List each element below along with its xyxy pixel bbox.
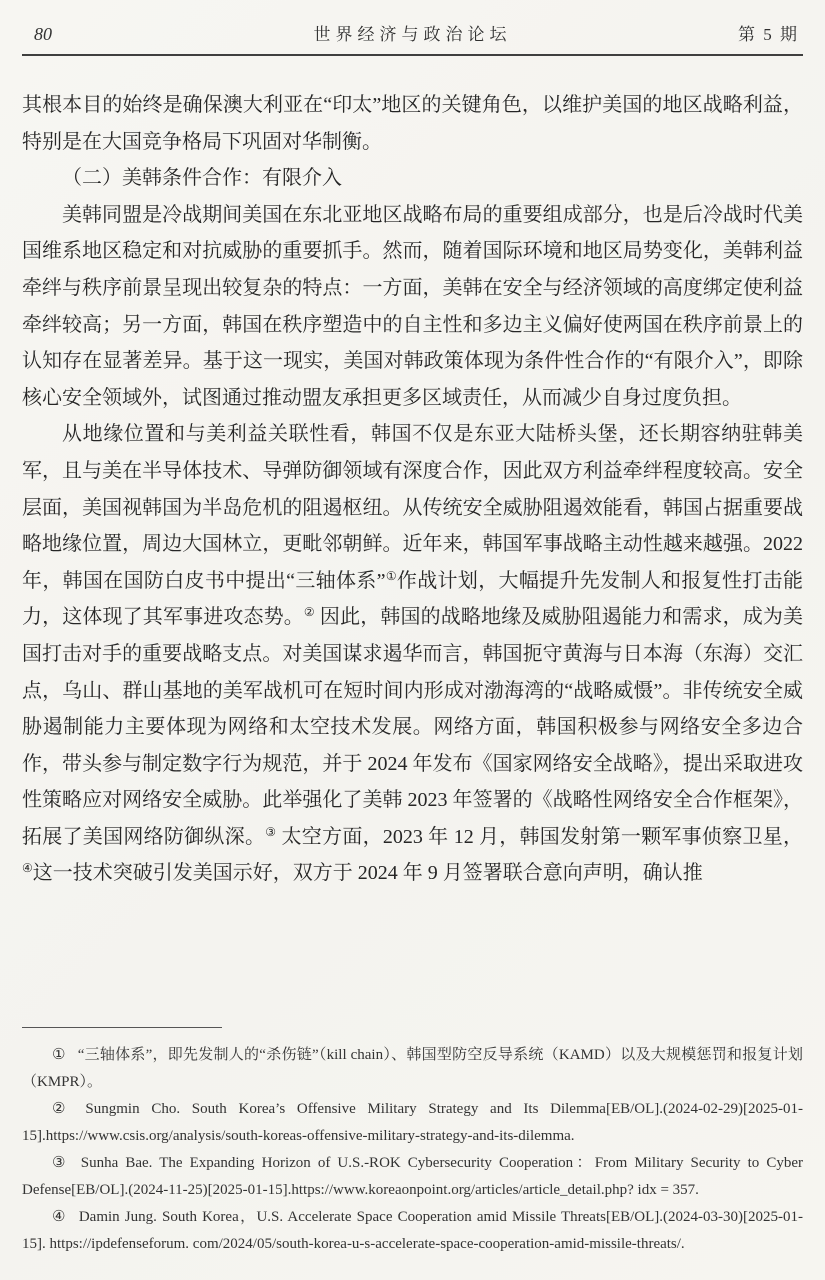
footnote-divider xyxy=(22,1027,222,1028)
footnote-ref: ④ xyxy=(22,861,33,875)
footnote-item: ①“三轴体系”，即先发制人的“杀伤链”（kill chain）、韩国型防空反导系… xyxy=(22,1042,803,1096)
paragraph-text: 其根本目的始终是确保澳大利亚在“印太”地区的关键角色，以维护美国的地区战略利益，… xyxy=(22,94,803,153)
footnote-text: “三轴体系”，即先发制人的“杀伤链”（kill chain）、韩国型防空反导系统… xyxy=(22,1047,803,1090)
section-heading: （二）美韩条件合作：有限介入 xyxy=(22,160,803,197)
body-text: 其根本目的始终是确保澳大利亚在“印太”地区的关键角色，以维护美国的地区战略利益，… xyxy=(22,87,803,892)
footnote-ref: ② xyxy=(304,605,315,619)
footnote-marker: ③ xyxy=(52,1155,69,1171)
paragraph-text: （二）美韩条件合作：有限介入 xyxy=(62,167,342,189)
journal-page: 80 世界经济与政治论坛 第 5 期 其根本目的始终是确保澳大利亚在“印太”地区… xyxy=(0,0,825,1280)
footnote-item: ③Sunha Bae. The Expanding Horizon of U.S… xyxy=(22,1150,803,1204)
footnote-ref: ③ xyxy=(265,825,276,839)
footnote-marker: ④ xyxy=(52,1209,67,1225)
footnotes-list: ①“三轴体系”，即先发制人的“杀伤链”（kill chain）、韩国型防空反导系… xyxy=(22,1042,803,1264)
paragraph-text: 太空方面，2023 年 12 月，韩国发射第一颗军事侦察卫星， xyxy=(276,826,803,848)
body-paragraph: 美韩同盟是冷战期间美国在东北亚地区战略布局的重要组成部分，也是后冷战时代美国维系… xyxy=(22,197,803,417)
body-paragraph: 其根本目的始终是确保澳大利亚在“印太”地区的关键角色，以维护美国的地区战略利益，… xyxy=(22,87,803,160)
paragraph-text: 这一技术突破引发美国示好，双方于 2024 年 9 月签署联合意向声明，确认推 xyxy=(33,862,703,884)
paragraph-text: 因此，韩国的战略地缘及威胁阻遏能力和需求，成为美国打击对手的重要战略支点。对美国… xyxy=(22,606,803,848)
footnote-text: Damin Jung. South Korea，U.S. Accelerate … xyxy=(22,1209,803,1252)
page-number: 80 xyxy=(22,24,142,45)
footnote-text: Sungmin Cho. South Korea’s Offensive Mil… xyxy=(22,1101,803,1144)
paragraph-text: 从地缘位置和与美利益关联性看，韩国不仅是东亚大陆桥头堡，还长期容纳驻韩美军，且与… xyxy=(22,423,803,591)
paragraph-text: 美韩同盟是冷战期间美国在东北亚地区战略布局的重要组成部分，也是后冷战时代美国维系… xyxy=(22,204,803,409)
footnote-ref: ① xyxy=(386,569,397,583)
journal-title: 世界经济与政治论坛 xyxy=(142,20,683,45)
footnote-item: ④Damin Jung. South Korea，U.S. Accelerate… xyxy=(22,1204,803,1258)
body-paragraph: 从地缘位置和与美利益关联性看，韩国不仅是东亚大陆桥头堡，还长期容纳驻韩美军，且与… xyxy=(22,416,803,892)
footnote-marker: ① xyxy=(52,1047,66,1063)
footnote-text: Sunha Bae. The Expanding Horizon of U.S.… xyxy=(22,1155,803,1198)
spacer xyxy=(22,892,803,1027)
footnote-marker: ② xyxy=(52,1101,73,1117)
issue-label: 第 5 期 xyxy=(683,20,803,45)
page-header: 80 世界经济与政治论坛 第 5 期 xyxy=(22,16,803,56)
footnote-item: ②Sungmin Cho. South Korea’s Offensive Mi… xyxy=(22,1096,803,1150)
